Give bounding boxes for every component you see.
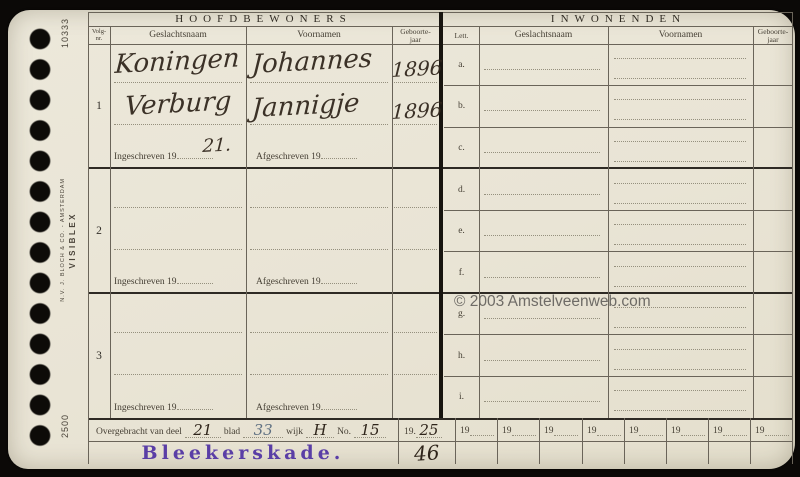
writing-line	[614, 161, 746, 162]
dotted-blank	[470, 426, 494, 436]
brand-name: VISIBLEX	[68, 212, 77, 268]
column-header-volgnr-line2: nr.	[96, 36, 103, 43]
writing-line	[484, 277, 600, 278]
writing-line	[394, 374, 437, 375]
dotted-blank	[681, 426, 705, 436]
year-cell: 19	[624, 418, 666, 441]
register-table: HOOFDBEWONERS INWONENDEN Volg- nr. Gesla…	[88, 12, 793, 464]
year-cell: 19	[582, 418, 624, 441]
column-header-volgnr: Volg- nr.	[88, 27, 110, 44]
resident-group-3: 3 Ingeschreven 19 Afgeschreven 19	[88, 294, 439, 418]
row-letter: i.	[444, 376, 479, 418]
writing-line	[614, 99, 746, 100]
row-letter: d.	[444, 169, 479, 210]
handwritten-ingeschreven-year: 21.	[202, 134, 232, 157]
writing-line	[114, 207, 242, 208]
writing-line	[614, 410, 746, 411]
writing-line	[114, 124, 242, 125]
writing-line	[614, 203, 746, 204]
column-header-birthyear-left-line2: jaar	[410, 36, 421, 44]
column-header-letter: Lett.	[444, 27, 479, 44]
column-header-firstnames-right-label: Voornamen	[659, 31, 703, 41]
dotted-blank	[765, 426, 789, 436]
year-label: 19	[629, 426, 639, 436]
year-label: 19	[544, 426, 554, 436]
column-header-surname-left-label: Geslachtsnaam	[149, 31, 207, 41]
writing-line	[484, 401, 600, 402]
afgeschreven-label: Afgeschreven 19	[256, 403, 321, 413]
transfer-label-wijk: wijk	[286, 427, 303, 437]
writing-line	[114, 82, 242, 83]
writing-line	[614, 244, 746, 245]
lodger-row-a: a.	[444, 44, 793, 85]
writing-line	[484, 360, 600, 361]
printer-name: N.V. J. BLOCH & CO. - AMSTERDAM	[60, 178, 66, 302]
lodger-row-c: c.	[444, 127, 793, 168]
transfer-label-no: No.	[337, 427, 351, 437]
handwritten-wijk: H	[306, 424, 334, 438]
writing-line	[394, 207, 437, 208]
writing-line	[250, 124, 388, 125]
lodger-row-f: f.	[444, 252, 793, 293]
lodger-row-e: e.	[444, 210, 793, 251]
ingeschreven-label: Ingeschreven 19	[114, 277, 177, 287]
section-title-hoofdbewoners: HOOFDBEWONERS	[88, 12, 439, 26]
ingeschreven-field: Ingeschreven 19	[114, 274, 213, 287]
handwritten-firstnames: Jannigje	[251, 88, 360, 124]
watermark-text: © 2003 Amstelveenweb.com	[454, 293, 651, 311]
form-serial-top: 10333	[60, 18, 70, 48]
ingeschreven-field: Ingeschreven 19	[114, 400, 213, 413]
year-label: 19	[460, 426, 470, 436]
year-cell: 19	[666, 418, 708, 441]
handwritten-birthyear: 1896	[391, 55, 443, 82]
writing-line	[484, 152, 600, 153]
punch-holes	[29, 24, 51, 451]
dotted-blank	[512, 426, 536, 436]
writing-line	[614, 183, 746, 184]
year-label: 19	[671, 426, 681, 436]
dotted-blank	[597, 426, 621, 436]
writing-line	[484, 69, 600, 70]
column-header-letter-label: Lett.	[455, 32, 469, 40]
resident-group-1: 1 Koningen Johannes 1896 Verburg Jannigj…	[88, 44, 439, 167]
year-label: 19	[755, 426, 765, 436]
dotted-blank	[321, 149, 357, 159]
row-letter: b.	[444, 85, 479, 126]
afgeschreven-field: Afgeschreven 19	[256, 274, 357, 287]
writing-line	[250, 82, 388, 83]
column-header-birthyear-left: Geboorte- jaar	[392, 27, 439, 44]
writing-line	[614, 369, 746, 370]
year-cell: 19	[455, 418, 497, 441]
year-label: 19	[502, 426, 512, 436]
writing-line	[484, 194, 600, 195]
year-cell: 19	[497, 418, 539, 441]
writing-line	[114, 374, 242, 375]
column-header-birthyear-right-line2: jaar	[767, 36, 778, 44]
writing-line	[394, 82, 437, 83]
writing-line	[250, 332, 388, 333]
afgeschreven-label: Afgeschreven 19	[256, 277, 321, 287]
street-name-stamp: Bleekerskade.	[142, 442, 345, 464]
writing-line	[484, 318, 600, 319]
writing-line	[614, 224, 746, 225]
handwritten-no: 15	[354, 424, 386, 438]
ingeschreven-label: Ingeschreven 19	[114, 152, 177, 162]
year-label: 19.	[404, 427, 416, 437]
column-header-surname-right-label: Geslachtsnaam	[515, 31, 573, 41]
dotted-blank	[321, 400, 357, 410]
dotted-blank	[554, 426, 578, 436]
transfer-label-deel: Overgebracht van deel	[96, 427, 182, 437]
dotted-blank	[321, 274, 357, 284]
afgeschreven-field: Afgeschreven 19	[256, 149, 357, 162]
row-letter: e.	[444, 210, 479, 251]
dotted-blank	[177, 400, 213, 410]
printer-imprint: N.V. J. BLOCH & CO. - AMSTERDAM VISIBLEX	[60, 160, 77, 320]
writing-line	[614, 119, 746, 120]
street-cell: Bleekerskade.	[88, 441, 398, 464]
dotted-blank	[177, 274, 213, 284]
writing-line	[614, 266, 746, 267]
column-header-firstnames-left-label: Voornamen	[297, 31, 341, 41]
lodger-row-i: i.	[444, 376, 793, 418]
lodger-row-b: b.	[444, 85, 793, 126]
row-letter: h.	[444, 335, 479, 376]
year-label: 19	[587, 426, 597, 436]
year-cell: 19	[708, 418, 750, 441]
writing-line	[114, 332, 242, 333]
lodger-row-d: d.	[444, 169, 793, 210]
transfer-row: Overgebracht van deel 21 blad 33 wijk H …	[88, 418, 398, 441]
afgeschreven-label: Afgeschreven 19	[256, 152, 321, 162]
writing-line	[614, 141, 746, 142]
year-cell-first: 19. 25	[398, 418, 455, 441]
ingeschreven-field: Ingeschreven 19	[114, 149, 213, 162]
photo-background: 10333 N.V. J. BLOCH & CO. - AMSTERDAM VI…	[0, 0, 800, 477]
row-letter: a.	[444, 44, 479, 85]
resident-group-2: 2 Ingeschreven 19 Afgeschreven 19	[88, 169, 439, 292]
writing-line	[614, 349, 746, 350]
handwritten-firstnames: Johannes	[251, 44, 373, 80]
column-header-surname-right: Geslachtsnaam	[479, 27, 608, 44]
column-header-firstnames-right: Voornamen	[608, 27, 753, 44]
dotted-blank	[723, 426, 747, 436]
population-register-card: 10333 N.V. J. BLOCH & CO. - AMSTERDAM VI…	[8, 10, 795, 469]
column-header-surname-left: Geslachtsnaam	[110, 27, 246, 44]
writing-line	[614, 327, 746, 328]
writing-line	[614, 58, 746, 59]
handwritten-birthyear: 1896	[391, 97, 443, 124]
year-cell: 19	[539, 418, 582, 441]
ingeschreven-label: Ingeschreven 19	[114, 403, 177, 413]
writing-line	[250, 249, 388, 250]
writing-line	[250, 207, 388, 208]
column-header-birthyear-right: Geboorte- jaar	[753, 27, 793, 44]
group-number: 2	[88, 169, 110, 292]
lodger-row-h: h.	[444, 335, 793, 376]
dotted-blank	[639, 426, 663, 436]
handwritten-deel: 21	[185, 424, 221, 438]
row-letter: c.	[444, 127, 479, 168]
writing-line	[394, 249, 437, 250]
writing-line	[614, 390, 746, 391]
house-number-cell: 46	[398, 441, 455, 464]
row-letter: f.	[444, 252, 479, 293]
writing-line	[614, 78, 746, 79]
form-serial-bottom: 2500	[60, 414, 70, 438]
writing-line	[250, 374, 388, 375]
year-cell: 19	[750, 418, 792, 441]
writing-line	[484, 235, 600, 236]
section-title-inwonenden: INWONENDEN	[444, 12, 793, 26]
group-number: 1	[88, 44, 110, 167]
handwritten-surname: Verburg	[124, 86, 232, 122]
handwritten-year: 25	[416, 424, 442, 438]
transfer-label-blad: blad	[224, 427, 240, 437]
writing-line	[614, 286, 746, 287]
afgeschreven-field: Afgeschreven 19	[256, 400, 357, 413]
group-number: 3	[88, 294, 110, 418]
writing-line	[394, 332, 437, 333]
handwritten-blad: 33	[243, 424, 283, 438]
column-header-firstnames-left: Voornamen	[246, 27, 392, 44]
handwritten-house-number: 46	[413, 440, 440, 466]
writing-line	[114, 249, 242, 250]
handwritten-surname: Koningen	[114, 43, 240, 80]
year-label: 19	[713, 426, 723, 436]
writing-line	[394, 124, 437, 125]
writing-line	[484, 110, 600, 111]
